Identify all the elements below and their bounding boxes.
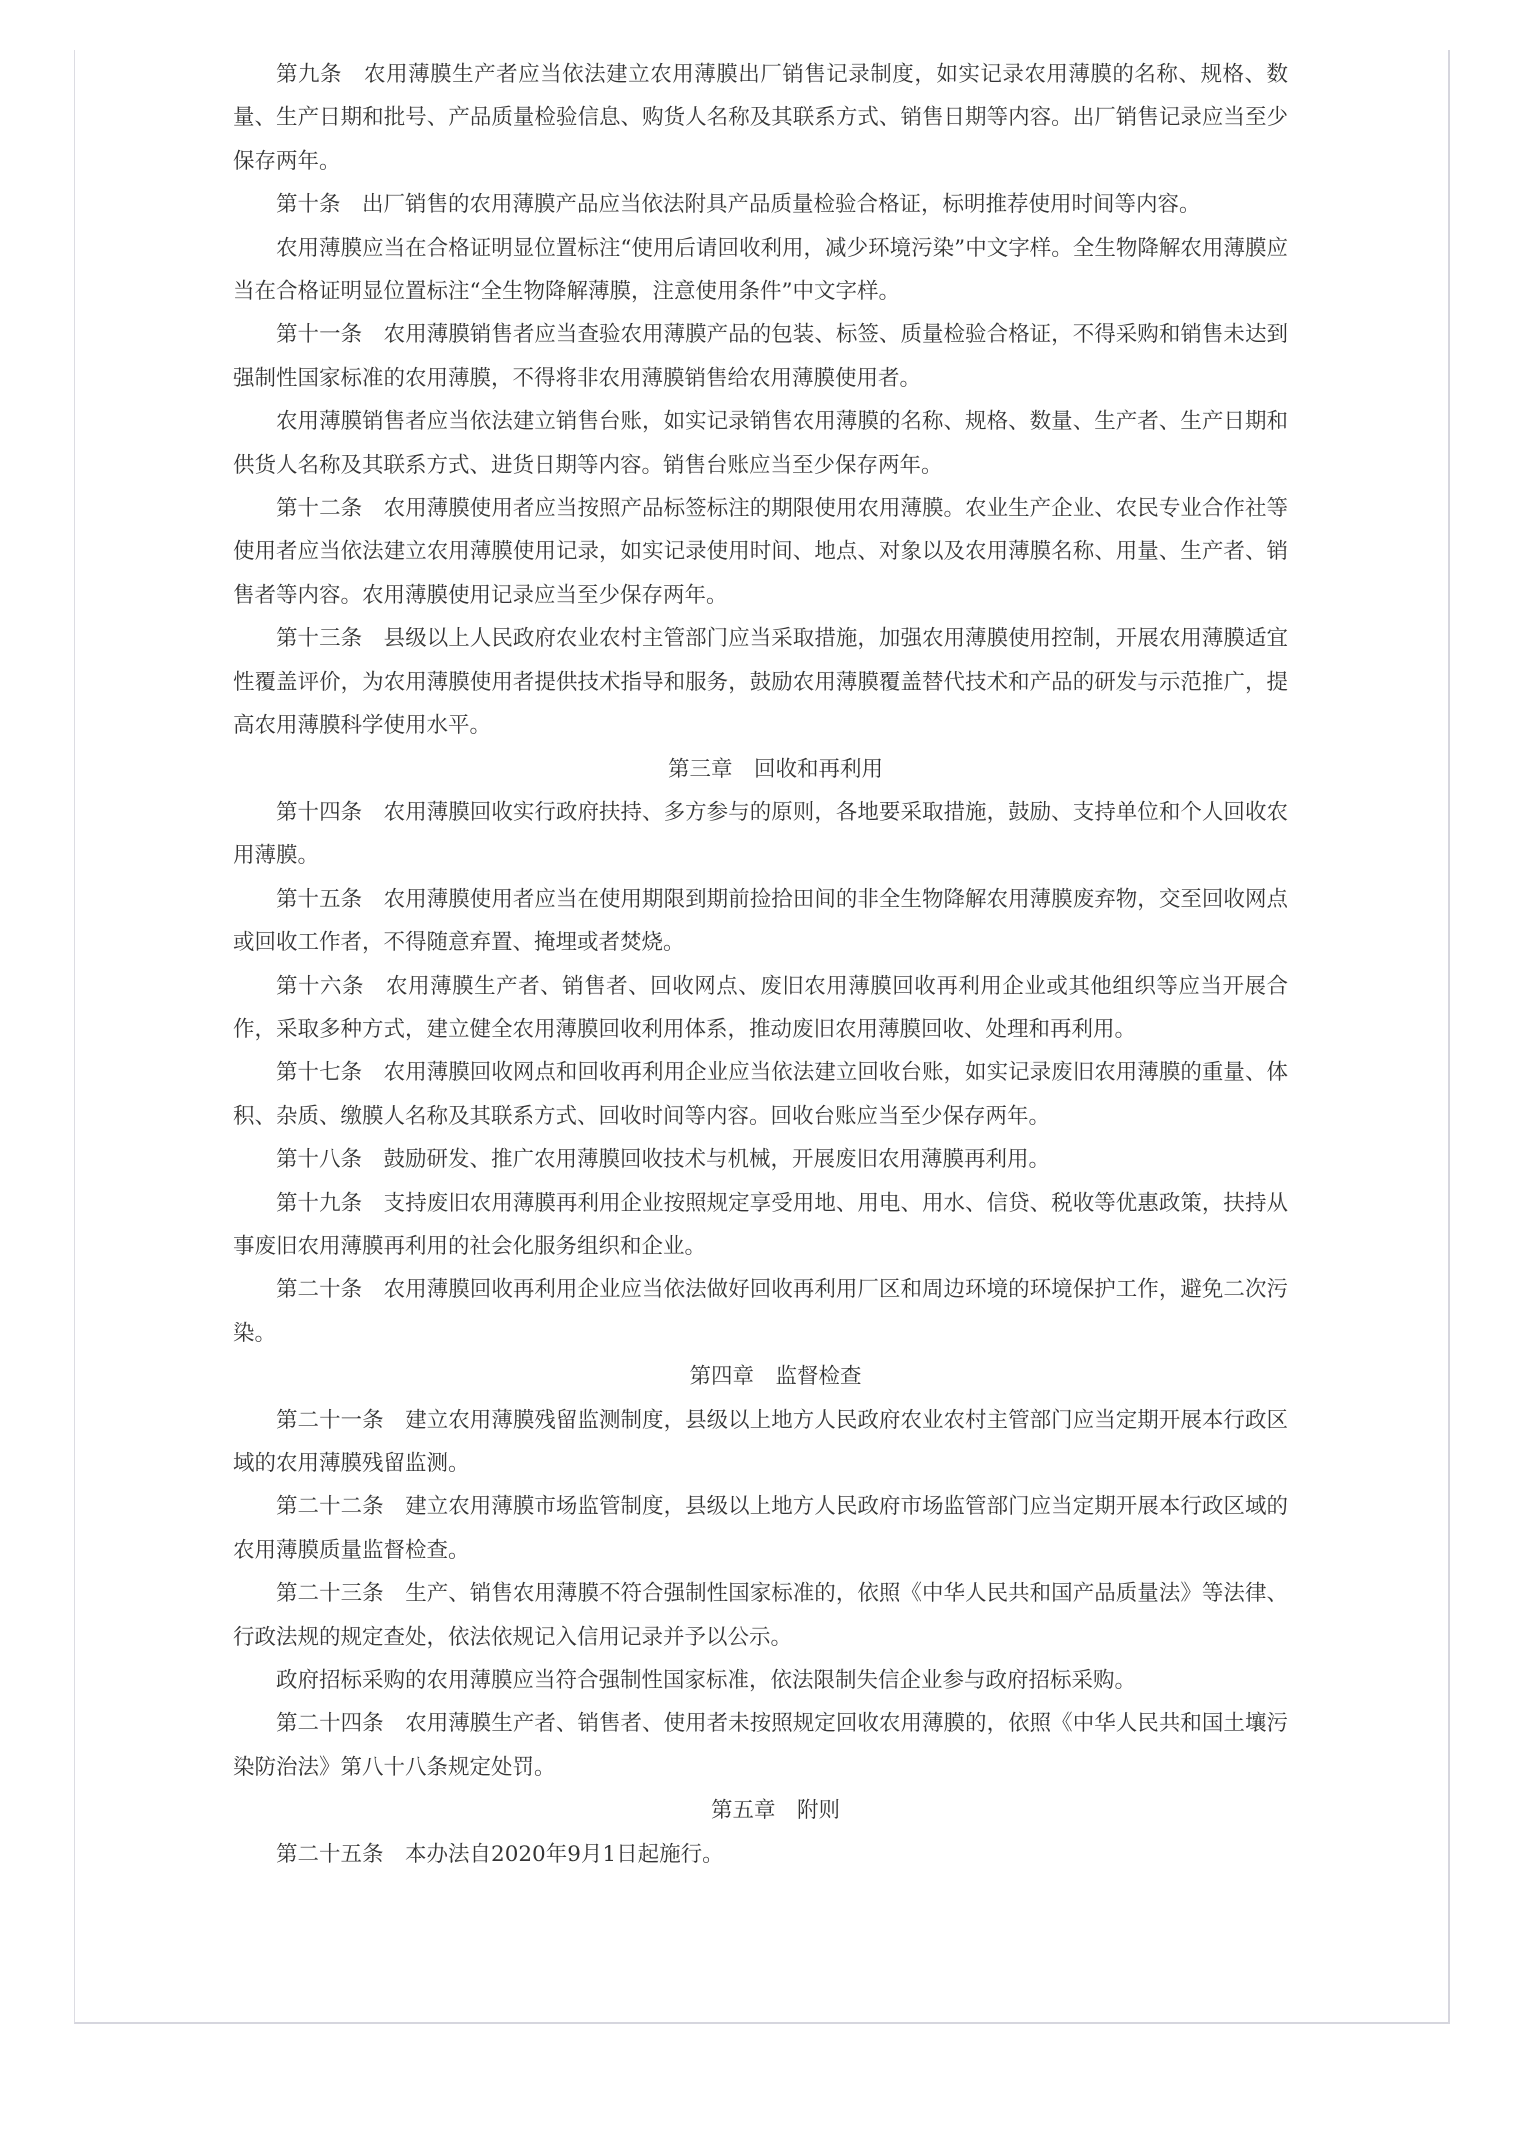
article-text: 建立农用薄膜市场监管制度，县级以上地方人民政府市场监管部门应当定期开展本行政区域… [233, 1494, 1288, 1562]
article-15: 第十五条农用薄膜使用者应当在使用期限到期前捡拾田间的非全生物降解农用薄膜废弃物，… [233, 878, 1288, 965]
chapter-label: 第三章 [668, 757, 733, 782]
article-9: 第九条农用薄膜生产者应当依法建立农用薄膜出厂销售记录制度，如实记录农用薄膜的名称… [233, 53, 1288, 183]
chapter-heading-4: 第四章监督检查 [233, 1355, 1288, 1398]
chapter-title: 监督检查 [776, 1364, 862, 1389]
article-label: 第十四条 [276, 800, 362, 825]
article-text: 支持废旧农用薄膜再利用企业按照规定享受用地、用电、用水、信贷、税收等优惠政策，扶… [233, 1191, 1288, 1259]
article-label: 第二十条 [276, 1277, 362, 1302]
article-label: 第九条 [276, 62, 342, 87]
chapter-label: 第四章 [689, 1364, 754, 1389]
article-label: 第二十二条 [276, 1494, 384, 1519]
article-text: 生产、销售农用薄膜不符合强制性国家标准的，依照《中华人民共和国产品质量法》等法律… [233, 1581, 1288, 1649]
paragraph: 农用薄膜销售者应当依法建立销售台账，如实记录销售农用薄膜的名称、规格、数量、生产… [233, 400, 1288, 487]
article-label: 第十六条 [276, 974, 364, 999]
article-22: 第二十二条建立农用薄膜市场监管制度，县级以上地方人民政府市场监管部门应当定期开展… [233, 1485, 1288, 1572]
article-text: 建立农用薄膜残留监测制度，县级以上地方人民政府农业农村主管部门应当定期开展本行政… [233, 1408, 1288, 1476]
article-label: 第十九条 [276, 1191, 362, 1216]
article-11: 第十一条农用薄膜销售者应当查验农用薄膜产品的包装、标签、质量检验合格证，不得采购… [233, 313, 1288, 400]
article-10: 第十条出厂销售的农用薄膜产品应当依法附具产品质量检验合格证，标明推荐使用时间等内… [233, 183, 1288, 226]
article-label: 第二十五条 [276, 1842, 384, 1867]
article-text: 农用薄膜使用者应当按照产品标签标注的期限使用农用薄膜。农业生产企业、农民专业合作… [233, 496, 1288, 608]
paragraph: 农用薄膜应当在合格证明显位置标注“使用后请回收利用，减少环境污染”中文字样。全生… [233, 227, 1288, 314]
article-text: 农用薄膜回收再利用企业应当依法做好回收再利用厂区和周边环境的环境保护工作，避免二… [233, 1277, 1288, 1345]
article-25: 第二十五条本办法自2020年9月1日起施行。 [233, 1833, 1288, 1876]
article-label: 第十三条 [276, 626, 362, 651]
article-label: 第十二条 [276, 496, 362, 521]
article-label: 第二十四条 [276, 1711, 384, 1736]
chapter-heading-5: 第五章附则 [233, 1789, 1288, 1832]
chapter-label: 第五章 [711, 1798, 776, 1823]
document-body: 第九条农用薄膜生产者应当依法建立农用薄膜出厂销售记录制度，如实记录农用薄膜的名称… [233, 53, 1288, 1876]
article-label: 第十条 [276, 192, 341, 217]
article-text: 农用薄膜销售者应当查验农用薄膜产品的包装、标签、质量检验合格证，不得采购和销售未… [233, 322, 1288, 390]
article-19: 第十九条支持废旧农用薄膜再利用企业按照规定享受用地、用电、用水、信贷、税收等优惠… [233, 1182, 1288, 1269]
chapter-title: 回收和再利用 [754, 757, 883, 782]
article-text: 农用薄膜生产者、销售者、回收网点、废旧农用薄膜回收再利用企业或其他组织等应当开展… [233, 974, 1288, 1042]
article-23: 第二十三条生产、销售农用薄膜不符合强制性国家标准的，依照《中华人民共和国产品质量… [233, 1572, 1288, 1659]
article-17: 第十七条农用薄膜回收网点和回收再利用企业应当依法建立回收台账，如实记录废旧农用薄… [233, 1051, 1288, 1138]
article-label: 第十五条 [276, 887, 362, 912]
article-label: 第二十三条 [276, 1581, 384, 1606]
article-12: 第十二条农用薄膜使用者应当按照产品标签标注的期限使用农用薄膜。农业生产企业、农民… [233, 487, 1288, 617]
article-text: 出厂销售的农用薄膜产品应当依法附具产品质量检验合格证，标明推荐使用时间等内容。 [362, 192, 1201, 217]
article-text: 农用薄膜生产者应当依法建立农用薄膜出厂销售记录制度，如实记录农用薄膜的名称、规格… [233, 62, 1288, 174]
article-text: 农用薄膜生产者、销售者、使用者未按照规定回收农用薄膜的，依照《中华人民共和国土壤… [233, 1711, 1288, 1779]
article-18: 第十八条鼓励研发、推广农用薄膜回收技术与机械，开展废旧农用薄膜再利用。 [233, 1138, 1288, 1181]
paragraph: 政府招标采购的农用薄膜应当符合强制性国家标准，依法限制失信企业参与政府招标采购。 [233, 1659, 1288, 1702]
article-text: 农用薄膜使用者应当在使用期限到期前捡拾田间的非全生物降解农用薄膜废弃物，交至回收… [233, 887, 1288, 955]
article-24: 第二十四条农用薄膜生产者、销售者、使用者未按照规定回收农用薄膜的，依照《中华人民… [233, 1702, 1288, 1789]
article-text: 农用薄膜回收网点和回收再利用企业应当依法建立回收台账，如实记录废旧农用薄膜的重量… [233, 1060, 1288, 1128]
article-label: 第二十一条 [276, 1408, 384, 1433]
article-20: 第二十条农用薄膜回收再利用企业应当依法做好回收再利用厂区和周边环境的环境保护工作… [233, 1268, 1288, 1355]
article-label: 第十八条 [276, 1147, 362, 1172]
chapter-heading-3: 第三章回收和再利用 [233, 748, 1288, 791]
chapter-title: 附则 [797, 1798, 840, 1823]
article-21: 第二十一条建立农用薄膜残留监测制度，县级以上地方人民政府农业农村主管部门应当定期… [233, 1399, 1288, 1486]
article-label: 第十七条 [276, 1060, 362, 1085]
article-13: 第十三条县级以上人民政府农业农村主管部门应当采取措施，加强农用薄膜使用控制，开展… [233, 617, 1288, 747]
article-text: 本办法自2020年9月1日起施行。 [405, 1842, 724, 1867]
article-16: 第十六条农用薄膜生产者、销售者、回收网点、废旧农用薄膜回收再利用企业或其他组织等… [233, 965, 1288, 1052]
article-text: 鼓励研发、推广农用薄膜回收技术与机械，开展废旧农用薄膜再利用。 [384, 1147, 1051, 1172]
article-14: 第十四条农用薄膜回收实行政府扶持、多方参与的原则，各地要采取措施，鼓励、支持单位… [233, 791, 1288, 878]
article-label: 第十一条 [276, 322, 362, 347]
article-text: 县级以上人民政府农业农村主管部门应当采取措施，加强农用薄膜使用控制，开展农用薄膜… [233, 626, 1288, 738]
article-text: 农用薄膜回收实行政府扶持、多方参与的原则，各地要采取措施，鼓励、支持单位和个人回… [233, 800, 1288, 868]
